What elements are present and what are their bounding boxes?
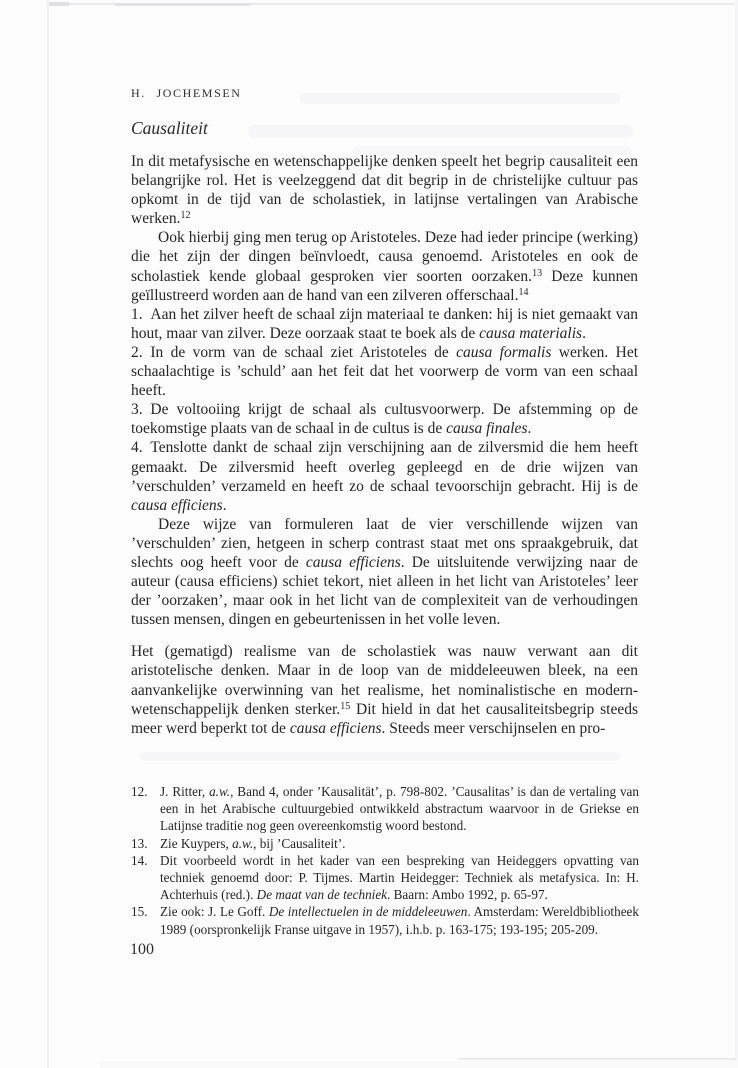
- bleedthrough-smudge: [300, 93, 620, 104]
- paragraph-realisme: Het (gematigd) realisme van de scholasti…: [131, 642, 638, 737]
- paragraph-intro: In dit metafysische en wetenschappelijke…: [131, 152, 638, 228]
- footnote-13: 13. Zie Kuypers, a.w., bij ’Causaliteit’…: [131, 835, 639, 852]
- footnote-number: 14.: [131, 852, 147, 869]
- scan-edge-top-line: [46, 3, 738, 5]
- body-text-block: In dit metafysische en wetenschappelijke…: [131, 152, 638, 738]
- bleedthrough-smudge: [140, 752, 620, 761]
- scan-edge-left-line: [47, 0, 49, 1068]
- scan-edge-bottom-line: [458, 1058, 736, 1060]
- list-item-3: 3. De voltooiing krijgt de schaal als cu…: [131, 400, 638, 438]
- list-item-1: 1. Aan het zilver heeft de schaal zijn m…: [131, 305, 638, 343]
- footnote-number: 15.: [131, 903, 147, 920]
- footnote-text: Dit voorbeeld wordt in het kader van een…: [160, 853, 639, 902]
- scan-edge-bottom-band: [100, 1061, 738, 1068]
- footnote-text: Zie Kuypers, a.w., bij ’Causaliteit’.: [160, 836, 345, 851]
- footnotes-block: 12. J. Ritter, a.w., Band 4, onder ’Kaus…: [131, 783, 639, 938]
- scan-edge-top-shadow: [115, 3, 250, 6]
- scan-edge-top-mark: [48, 2, 70, 6]
- bleedthrough-smudge: [248, 125, 633, 138]
- footnote-15: 15. Zie ook: J. Le Goff. De intellectuel…: [131, 903, 639, 937]
- list-item-2: 2. In de vorm van de schaal ziet Aristot…: [131, 343, 638, 400]
- footnote-12: 12. J. Ritter, a.w., Band 4, onder ’Kaus…: [131, 783, 639, 835]
- footnote-number: 13.: [131, 835, 147, 852]
- footnote-14: 14. Dit voorbeeld wordt in het kader van…: [131, 852, 639, 904]
- paragraph-aristoteles: Ook hierbij ging men terug op Aristotele…: [131, 228, 638, 304]
- list-item-4: 4. Tenslotte dankt de schaal zijn versch…: [131, 438, 638, 514]
- paragraph-formulering: Deze wijze van formuleren laat de vier v…: [131, 515, 638, 630]
- footnote-text: J. Ritter, a.w., Band 4, onder ’Kausalit…: [160, 784, 639, 833]
- section-title: Causaliteit: [131, 118, 208, 139]
- running-header-author: H. JOCHEMSEN: [131, 86, 242, 101]
- footnote-text: Zie ook: J. Le Goff. De intellectuelen i…: [160, 904, 639, 936]
- page-number: 100: [130, 941, 154, 959]
- footnote-number: 12.: [131, 783, 147, 800]
